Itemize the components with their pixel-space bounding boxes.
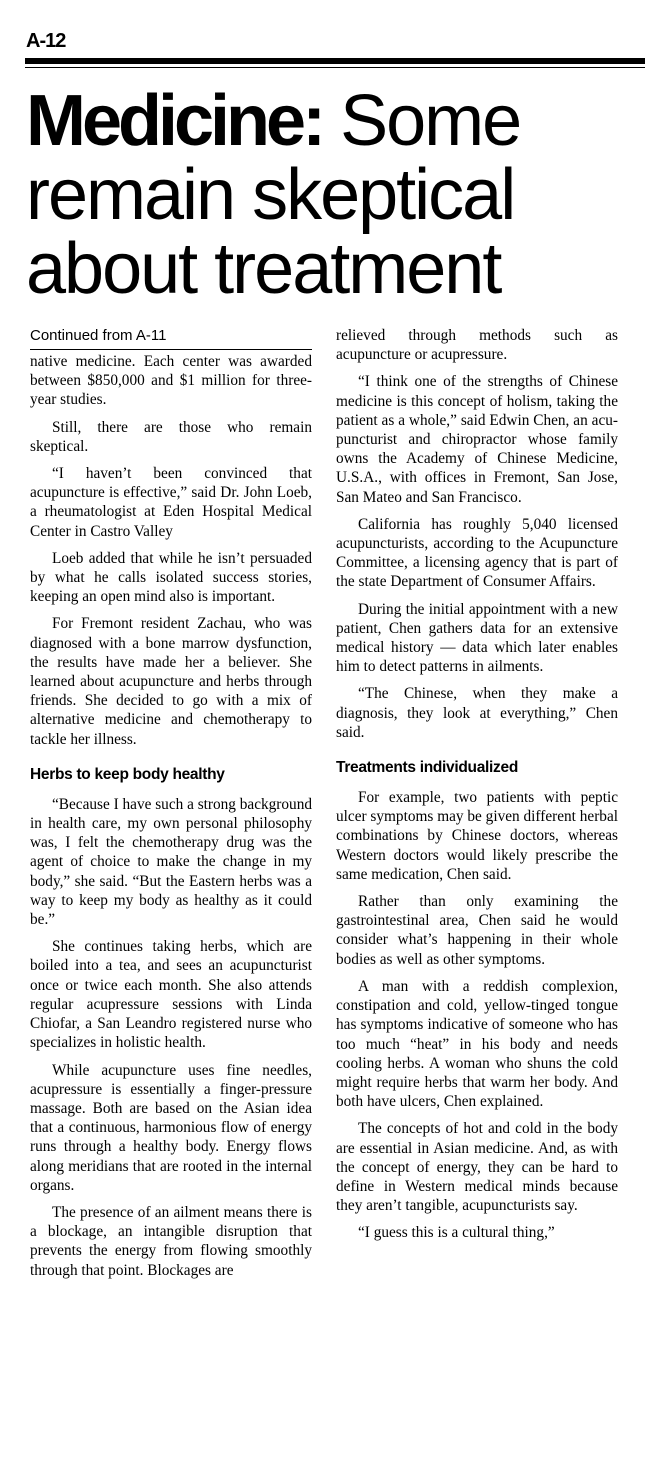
paragraph: Loeb added that while he isn’t persuaded… xyxy=(30,549,312,607)
paragraph: During the initial appointment with a ne… xyxy=(336,600,618,677)
paragraph: native medicine. Each center was awarded… xyxy=(30,352,312,410)
paragraph: A man with a reddish com­plexion, consti… xyxy=(336,977,618,1111)
paragraph: For example, two patients with peptic ul… xyxy=(336,788,618,884)
paragraph: “I haven’t been convinced that acupunctu… xyxy=(30,464,312,541)
paragraph: The concepts of hot and cold in the body… xyxy=(336,1119,618,1215)
paragraph: California has roughly 5,040 li­censed a… xyxy=(336,515,618,592)
paragraph: “The Chinese, when they make a diagnosis… xyxy=(336,684,618,742)
paragraph: Still, there are those who remain skepti… xyxy=(30,418,312,456)
header-rule-thin xyxy=(25,67,645,68)
paragraph: While acupuncture uses fine nee­dles, ac… xyxy=(30,1061,312,1195)
headline: Medicine: Some remain skeptical about tr… xyxy=(26,84,626,306)
paragraph: The presence of an ailment means there i… xyxy=(30,1203,312,1280)
headline-kicker: Medicine: xyxy=(26,81,322,161)
paragraph: Rather than only examining the gastroint… xyxy=(336,892,618,969)
right-column: relieved through methods such as acupunc… xyxy=(336,326,618,1251)
paragraph: “I guess this is a cultural thing,” xyxy=(336,1223,618,1242)
left-column: Continued from A-11 native medicine. Eac… xyxy=(30,326,312,1288)
newspaper-page: A-12 Medicine: Some remain skeptical abo… xyxy=(0,0,645,1469)
subhead-herbs: Herbs to keep body healthy xyxy=(30,765,312,785)
page-number: A-12 xyxy=(26,30,65,52)
subhead-treatments: Treatments individualized xyxy=(336,758,618,778)
paragraph: “I think one of the strengths of Chinese… xyxy=(336,372,618,506)
paragraph: “Because I have such a strong background… xyxy=(30,795,312,929)
paragraph: relieved through methods such as acupunc… xyxy=(336,326,618,364)
paragraph: She continues taking herbs, which are bo… xyxy=(30,937,312,1052)
continued-from-label: Continued from A-11 xyxy=(30,326,312,350)
header-rule-thick xyxy=(25,58,645,64)
paragraph: For Fremont resident Zachau, who was dia… xyxy=(30,614,312,748)
